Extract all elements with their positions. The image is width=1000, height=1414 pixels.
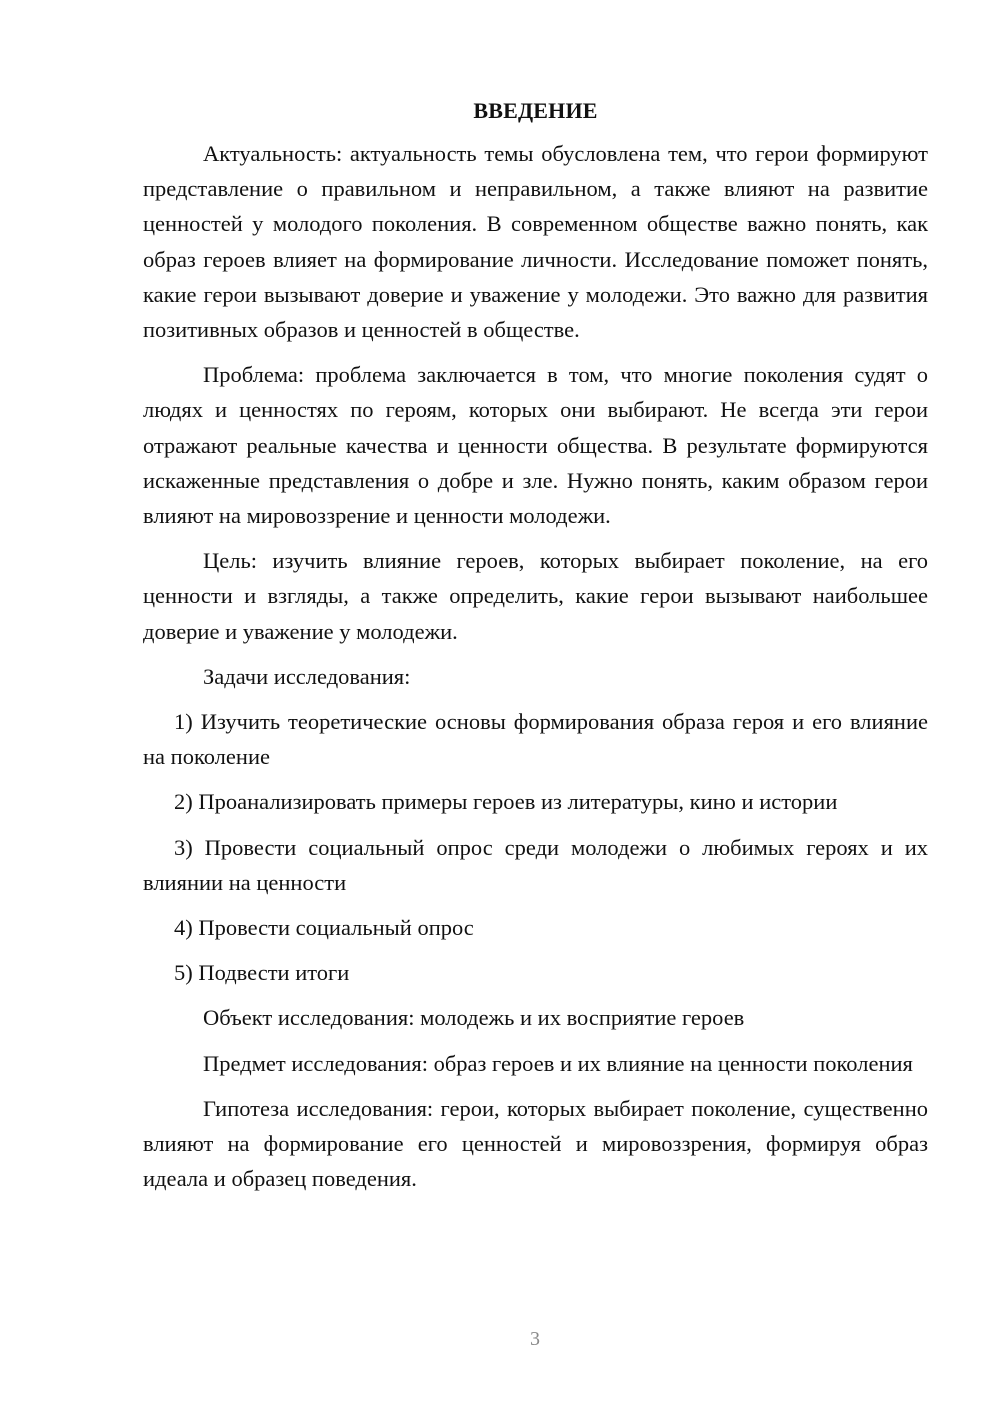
document-page: ВВЕДЕНИЕ Актуальность: актуальность темы… [143, 96, 928, 1206]
task-item: 5) Подвести итоги [143, 955, 928, 990]
paragraph-object: Объект исследования: молодежь и их воспр… [143, 1000, 928, 1035]
paragraph-goal: Цель: изучить влияние героев, которых вы… [143, 543, 928, 649]
tasks-heading: Задачи исследования: [143, 659, 928, 694]
section-title: ВВЕДЕНИЕ [143, 96, 928, 126]
tasks-list: 1) Изучить теоретические основы формиров… [143, 704, 928, 990]
paragraph-subject: Предмет исследования: образ героев и их … [143, 1046, 928, 1081]
page-number: 3 [0, 1328, 1000, 1351]
task-item: 2) Проанализировать примеры героев из ли… [143, 784, 928, 819]
paragraph-problem: Проблема: проблема заключается в том, чт… [143, 357, 928, 533]
task-item: 3) Провести социальный опрос среди молод… [143, 830, 928, 900]
paragraph-relevance: Актуальность: актуальность темы обусловл… [143, 136, 928, 347]
task-item: 1) Изучить теоретические основы формиров… [143, 704, 928, 774]
paragraph-hypothesis: Гипотеза исследования: герои, которых вы… [143, 1091, 928, 1197]
task-item: 4) Провести социальный опрос [143, 910, 928, 945]
